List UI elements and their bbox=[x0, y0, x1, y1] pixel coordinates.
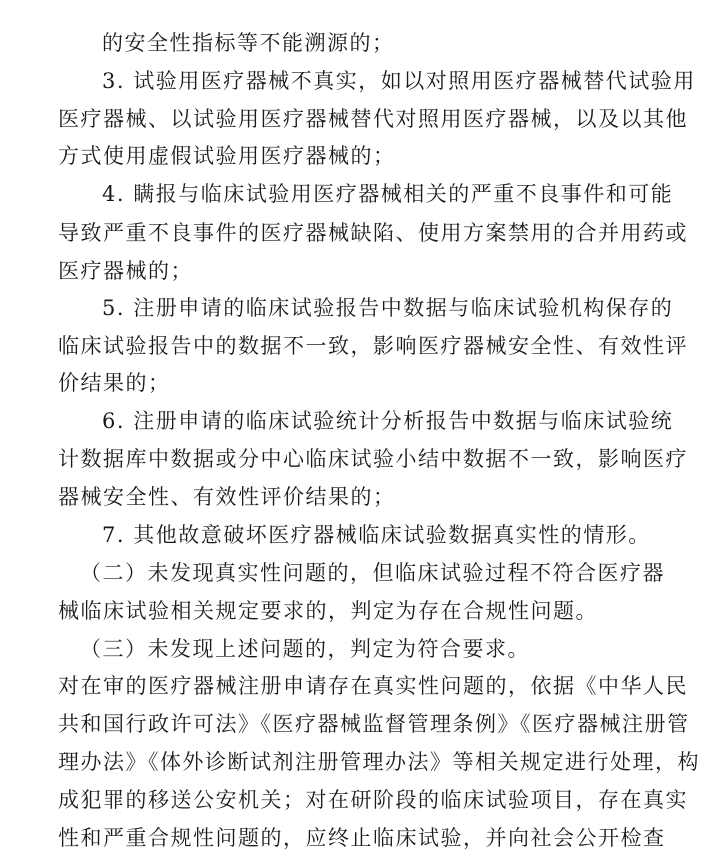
list-item-4: 4. 瞒报与临床试验用医疗器械相关的严重不良事件和可能 bbox=[102, 181, 648, 207]
list-item-7: 7. 其他故意破坏医疗器械临床试验数据真实性的情形。 bbox=[102, 522, 648, 548]
list-item-5: 5. 注册申请的临床试验报告中数据与临床试验机构保存的 bbox=[102, 295, 648, 321]
text-line: 器械安全性、有效性评价结果的； bbox=[58, 484, 648, 510]
section-item-3: （三）未发现上述问题的，判定为符合要求。 bbox=[80, 636, 648, 662]
text-line: 理办法》《体外诊断试剂注册管理办法》等相关规定进行处理，构 bbox=[58, 749, 648, 775]
document-page: 的安全性指标等不能溯源的； 3. 试验用医疗器械不真实，如以对照用医疗器械替代试… bbox=[0, 0, 707, 866]
text-line: 医疗器械、以试验用医疗器械替代对照用医疗器械，以及以其他 bbox=[58, 106, 648, 132]
text-line: 的安全性指标等不能溯源的； bbox=[102, 30, 648, 56]
list-item-3: 3. 试验用医疗器械不真实，如以对照用医疗器械替代试验用 bbox=[102, 68, 648, 94]
text-line: 对在审的医疗器械注册申请存在真实性问题的，依据《中华人民 bbox=[58, 673, 648, 699]
text-line: 价结果的； bbox=[58, 370, 648, 396]
text-line: 导致严重不良事件的医疗器械缺陷、使用方案禁用的合并用药或 bbox=[58, 220, 648, 246]
text-line: 临床试验报告中的数据不一致，影响医疗器械安全性、有效性评 bbox=[58, 333, 648, 359]
text-line: 共和国行政许可法》《医疗器械监督管理条例》《医疗器械注册管 bbox=[58, 711, 648, 737]
text-line: 方式使用虚假试验用医疗器械的； bbox=[58, 143, 648, 169]
section-item-2: （二）未发现真实性问题的，但临床试验过程不符合医疗器 bbox=[80, 560, 648, 586]
text-line: 医疗器械的； bbox=[58, 258, 648, 284]
text-line: 计数据库中数据或分中心临床试验小结中数据不一致，影响医疗 bbox=[58, 446, 648, 472]
text-line: 械临床试验相关规定要求的，判定为存在合规性问题。 bbox=[58, 598, 648, 624]
list-item-6: 6. 注册申请的临床试验统计分析报告中数据与临床试验统 bbox=[102, 408, 648, 434]
text-line: 性和严重合规性问题的，应终止临床试验，并向社会公开检查 bbox=[58, 825, 648, 851]
text-line: 成犯罪的移送公安机关；对在研阶段的临床试验项目，存在真实 bbox=[58, 787, 648, 813]
